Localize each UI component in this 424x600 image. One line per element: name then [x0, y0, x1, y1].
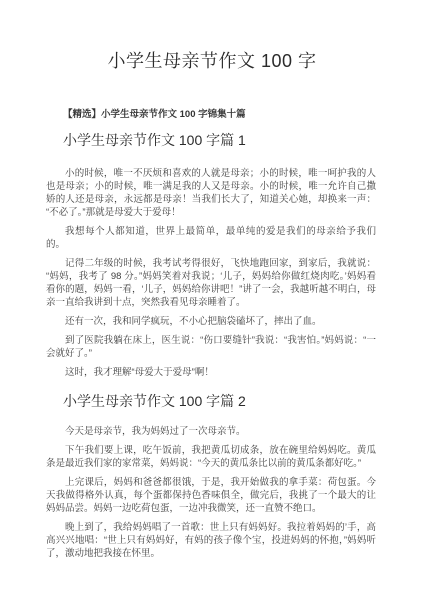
paragraph: 晚上到了，我给妈妈唱了一首歌：世上只有妈妈好。我拉着妈妈的’手，高高兴兴地唱：“…	[46, 521, 376, 560]
paragraph: 上完课后，妈妈和爸爸都很饿，于是，我开始做我的拿手菜：荷包蛋。今天我做得格外认真…	[46, 476, 376, 515]
essay-section-2: 小学生母亲节作文 100 字篇 2 今天是母亲节，我为妈妈过了一次母亲节。 下午…	[0, 391, 424, 560]
paragraph: 还有一次，我和同学疯玩，不小心把脑袋磕坏了，摔出了血。	[46, 315, 376, 328]
paragraph: 小的时候，唯一不厌烦和喜欢的人就是母亲；小的时候，唯一呵护我的人也是母亲；小的时…	[46, 167, 376, 219]
essay-section-1: 小学生母亲节作文 100 字篇 1 小的时候，唯一不厌烦和喜欢的人就是母亲；小的…	[0, 130, 424, 379]
paragraph: 今天是母亲节，我为妈妈过了一次母亲节。	[46, 425, 376, 438]
document-subtitle: 【精选】小学生母亲节作文 100 字锦集十篇	[63, 106, 424, 120]
document-title: 小学生母亲节作文 100 字	[0, 47, 424, 73]
section-1-heading: 小学生母亲节作文 100 字篇 1	[63, 130, 424, 150]
paragraph: 下午我们要上课，吃午饭前，我把黄瓜切成条，放在碗里给妈妈吃。黄瓜条是最近我们家的…	[46, 444, 376, 470]
paragraph: 到了医院我躺在床上，医生说：“伤口要缝针”我说：“我害怕。”妈妈说：“一会就好了…	[46, 334, 376, 360]
paragraph: 我想每个人都知道，世界上最简单，最单纯的爱是我们的母亲给予我们的。	[46, 225, 376, 251]
document-page: 小学生母亲节作文 100 字 【精选】小学生母亲节作文 100 字锦集十篇 小学…	[0, 0, 424, 600]
section-2-heading: 小学生母亲节作文 100 字篇 2	[63, 391, 424, 411]
paragraph: 记得二年级的时候，我考试考得很好，飞快地跑回家，到家后，我就说：“妈妈，我考了 …	[46, 257, 376, 309]
paragraph: 这时，我才理解“母爱大于爱母”啊！	[46, 366, 376, 379]
